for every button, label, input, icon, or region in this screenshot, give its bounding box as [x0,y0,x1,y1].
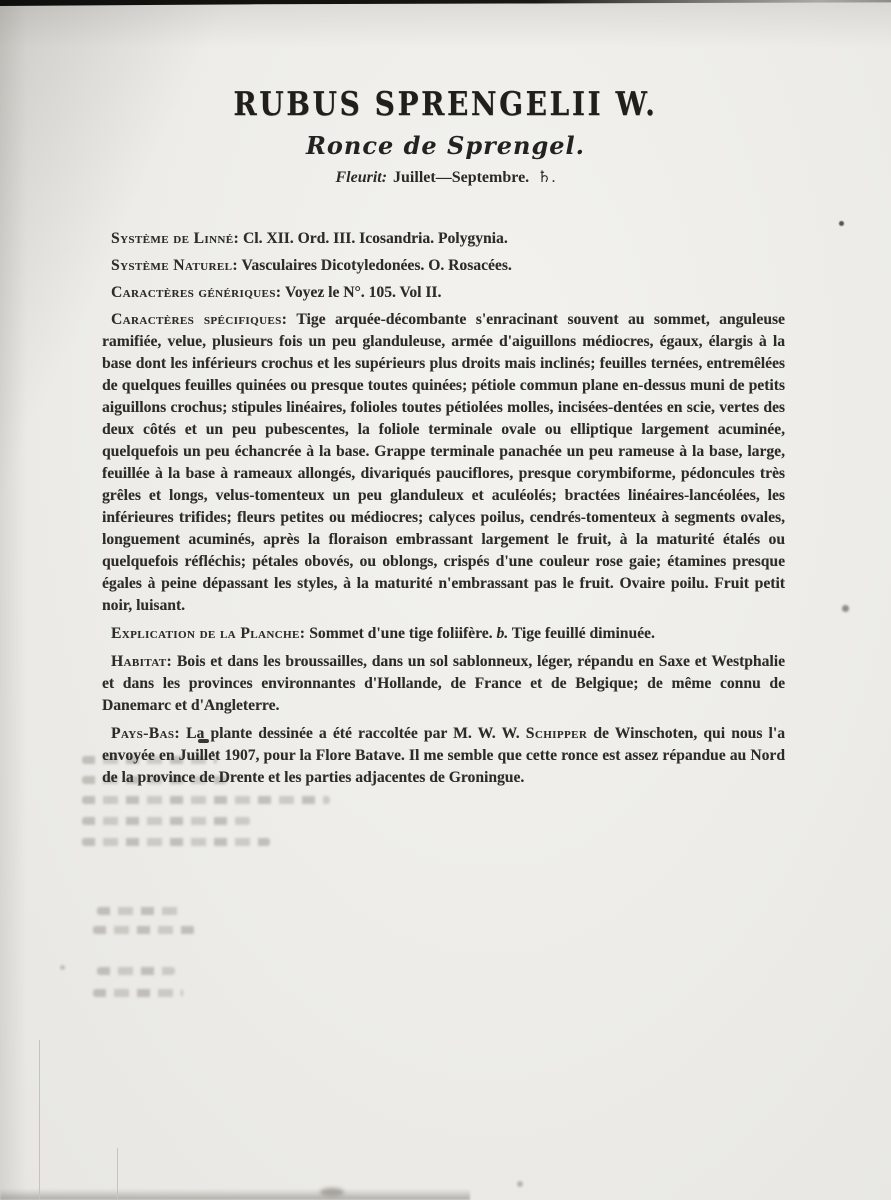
section-pays-bas: Pays-Bas: La plante dessinée a été racco… [102,723,785,789]
collector-name: Schipper [526,725,587,742]
section-label: Explication de la Planche: [111,625,305,642]
section-label: Système de Linné: [111,230,239,247]
section-caracteres-specifiques: Caractères spécifiques: Tige arquée-déco… [102,309,785,617]
section-label: Caractères génériques: [111,284,281,301]
section-label: Pays-Bas: [111,725,180,742]
section-text: Sommet d'une tige foliifère. [309,625,492,642]
section-label: Caractères spécifiques: [111,311,287,328]
section-text: Bois et dans les broussailles, dans un s… [102,653,785,714]
show-through-text-smudge [93,989,183,997]
french-common-name: Ronce de Sprengel. [0,131,891,160]
show-through-text-smudge [82,817,250,825]
show-through-text-smudge [97,967,175,975]
section-systeme-de-linne: Système de Linné: Cl. XII. Ord. III. Ico… [102,228,785,250]
figure-reference: b. [496,625,508,642]
scratch-line [39,1040,40,1200]
document-body: Système de Linné: Cl. XII. Ord. III. Ico… [102,228,785,794]
show-through-text-smudge [82,796,330,804]
scratch-line [117,1148,118,1200]
stain-spot [842,605,849,612]
section-text: Tige feuillé diminuée. [512,625,655,642]
flowering-label: Fleurit: [335,169,387,186]
perennial-shrub-symbol: ♄. [537,169,555,186]
species-title: RUBUS SPRENGELII W. [0,84,891,123]
section-text: Voyez le N°. 105. Vol II. [285,284,441,301]
section-habitat: Habitat: Bois et dans les broussailles, … [102,651,785,717]
stain-spot [839,221,844,226]
section-text: Vasculaires Dicotyledonées. O. Rosacées. [242,257,512,274]
section-text: Tige arquée-décombante s'enracinant souv… [102,311,785,614]
stain-spot [517,1181,523,1187]
show-through-text-smudge [82,838,270,846]
section-explication-de-la-planche: Explication de la Planche: Sommet d'une … [102,623,785,645]
species-title-text: RUBUS SPRENGELII W. [233,84,657,123]
show-through-text-smudge [93,926,195,934]
scan-edge-bottom-smudge [0,1189,470,1200]
show-through-text-smudge [97,907,185,915]
scan-edge-top [0,0,891,6]
section-label: Habitat: [111,653,172,670]
section-label: Système Naturel: [111,257,238,274]
section-text: Cl. XII. Ord. III. Icosandria. Polygynia… [243,230,508,247]
stain-spot [60,965,65,970]
section-systeme-naturel: Système Naturel: Vasculaires Dicotyledon… [102,255,785,277]
section-text: La plante dessinée a été raccoltée par M… [186,725,520,742]
stain-spot [320,1188,344,1197]
flowering-months: Juillet—Septembre. [393,169,529,186]
section-caracteres-generiques: Caractères génériques: Voyez le N°. 105.… [102,282,785,304]
flowering-period-line: Fleurit:Juillet—Septembre. ♄. [0,167,891,187]
scanned-document-page: RUBUS SPRENGELII W. Ronce de Sprengel. F… [0,0,891,1200]
